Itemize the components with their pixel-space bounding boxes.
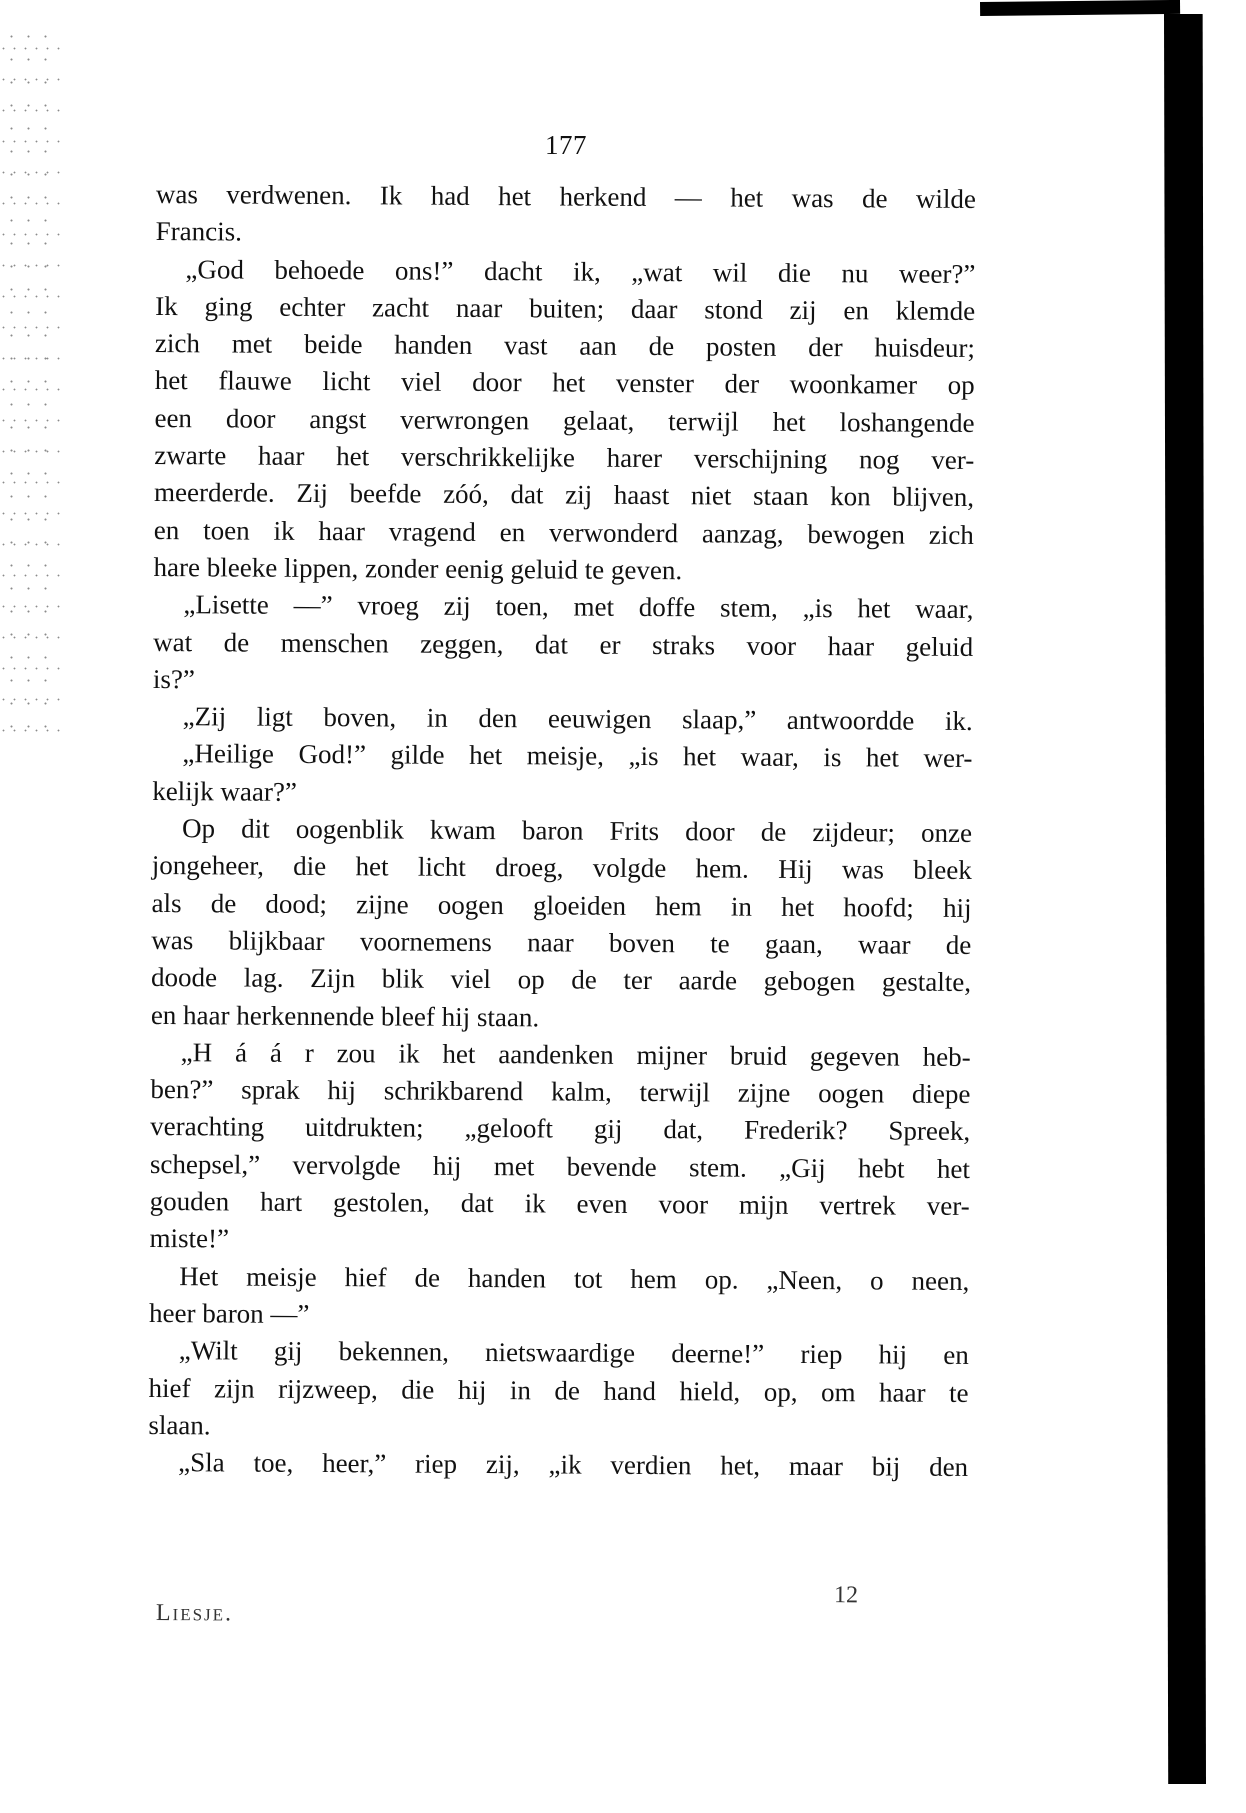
text-line: zwarte haar het verschrikkelijke harer v…	[154, 437, 974, 479]
text-line: hare bleeke lippen, zonder eenig geluid …	[153, 549, 973, 591]
signature-number: 12	[834, 1582, 858, 1609]
text-line: hief zijn rijzweep, die hij in de hand h…	[148, 1369, 968, 1411]
text-line: en haar herkennende bleef hij staan.	[151, 997, 971, 1039]
text-line: „Wilt gij bekennen, nietswaardige deerne…	[149, 1332, 969, 1374]
page-number: 177	[545, 130, 587, 161]
text-line: was verdwenen. Ik had het herkend — het …	[156, 176, 976, 218]
text-line: „Lisette —” vroeg zij toen, met doffe st…	[153, 586, 973, 628]
text-line: als de dood; zijne oogen gloeiden hem in…	[151, 885, 971, 927]
text-line: heer baron —”	[149, 1295, 969, 1337]
text-line: „H á á r zou ik het aandenken mijner bru…	[151, 1034, 971, 1076]
text-line: „Zij ligt boven, in den eeuwigen slaap,”…	[153, 698, 973, 740]
text-line: meerderde. Zij beefde zóó, dat zij haast…	[154, 474, 974, 516]
text-line: „Sla toe, heer,” riep zij, „ik verdien h…	[148, 1444, 968, 1486]
text-line: gouden hart gestolen, dat ik even voor m…	[150, 1183, 970, 1225]
binding-fray	[1186, 1400, 1200, 1780]
margin-speckles	[0, 20, 60, 740]
text-line: jongeheer, die het licht droeg, volgde h…	[152, 847, 972, 889]
text-line: een door angst verwrongen gelaat, terwij…	[154, 400, 974, 442]
text-line: schepsel,” vervolgde hij met bevende ste…	[150, 1146, 970, 1188]
text-line: ben?” sprak hij schrikbarend kalm, terwi…	[150, 1071, 970, 1113]
text-line: zich met beide handen vast aan de posten…	[155, 325, 975, 367]
text-line: doode lag. Zijn blik viel op de ter aard…	[151, 959, 971, 1001]
text-line: kelijk waar?”	[152, 773, 972, 815]
text-line: het flauwe licht viel door het venster d…	[155, 362, 975, 404]
page-footer: Liesje. 12	[156, 1600, 976, 1632]
text-line: miste!”	[149, 1220, 969, 1262]
text-line: was blijkbaar voornemens naar boven te g…	[151, 922, 971, 964]
text-line: „Heilige God!” gilde het meisje, „is het…	[152, 735, 972, 777]
text-line: wat de menschen zeggen, dat er straks vo…	[153, 624, 973, 666]
text-line: en toen ik haar vragend en verwonderd aa…	[154, 512, 974, 554]
signature-mark: Liesje.	[156, 1600, 233, 1626]
text-line: Ik ging echter zacht naar buiten; daar s…	[155, 288, 975, 330]
scan-edge-top	[980, 0, 1180, 16]
scanned-book-page: 177 was verdwenen. Ik had het herkend — …	[0, 0, 1246, 1813]
text-line: is?”	[153, 661, 973, 703]
text-line: verachting uitdrukten; „gelooft gij dat,…	[150, 1108, 970, 1150]
text-line: Het meisje hief de handen tot hem op. „N…	[149, 1258, 969, 1300]
text-line: Op dit oogenblik kwam baron Frits door d…	[152, 810, 972, 852]
body-text: was verdwenen. Ik had het herkend — het …	[148, 176, 976, 1486]
text-line: Francis.	[156, 213, 976, 255]
text-line: „God behoede ons!” dacht ik, „wat wil di…	[155, 251, 975, 293]
text-line: slaan.	[148, 1407, 968, 1449]
